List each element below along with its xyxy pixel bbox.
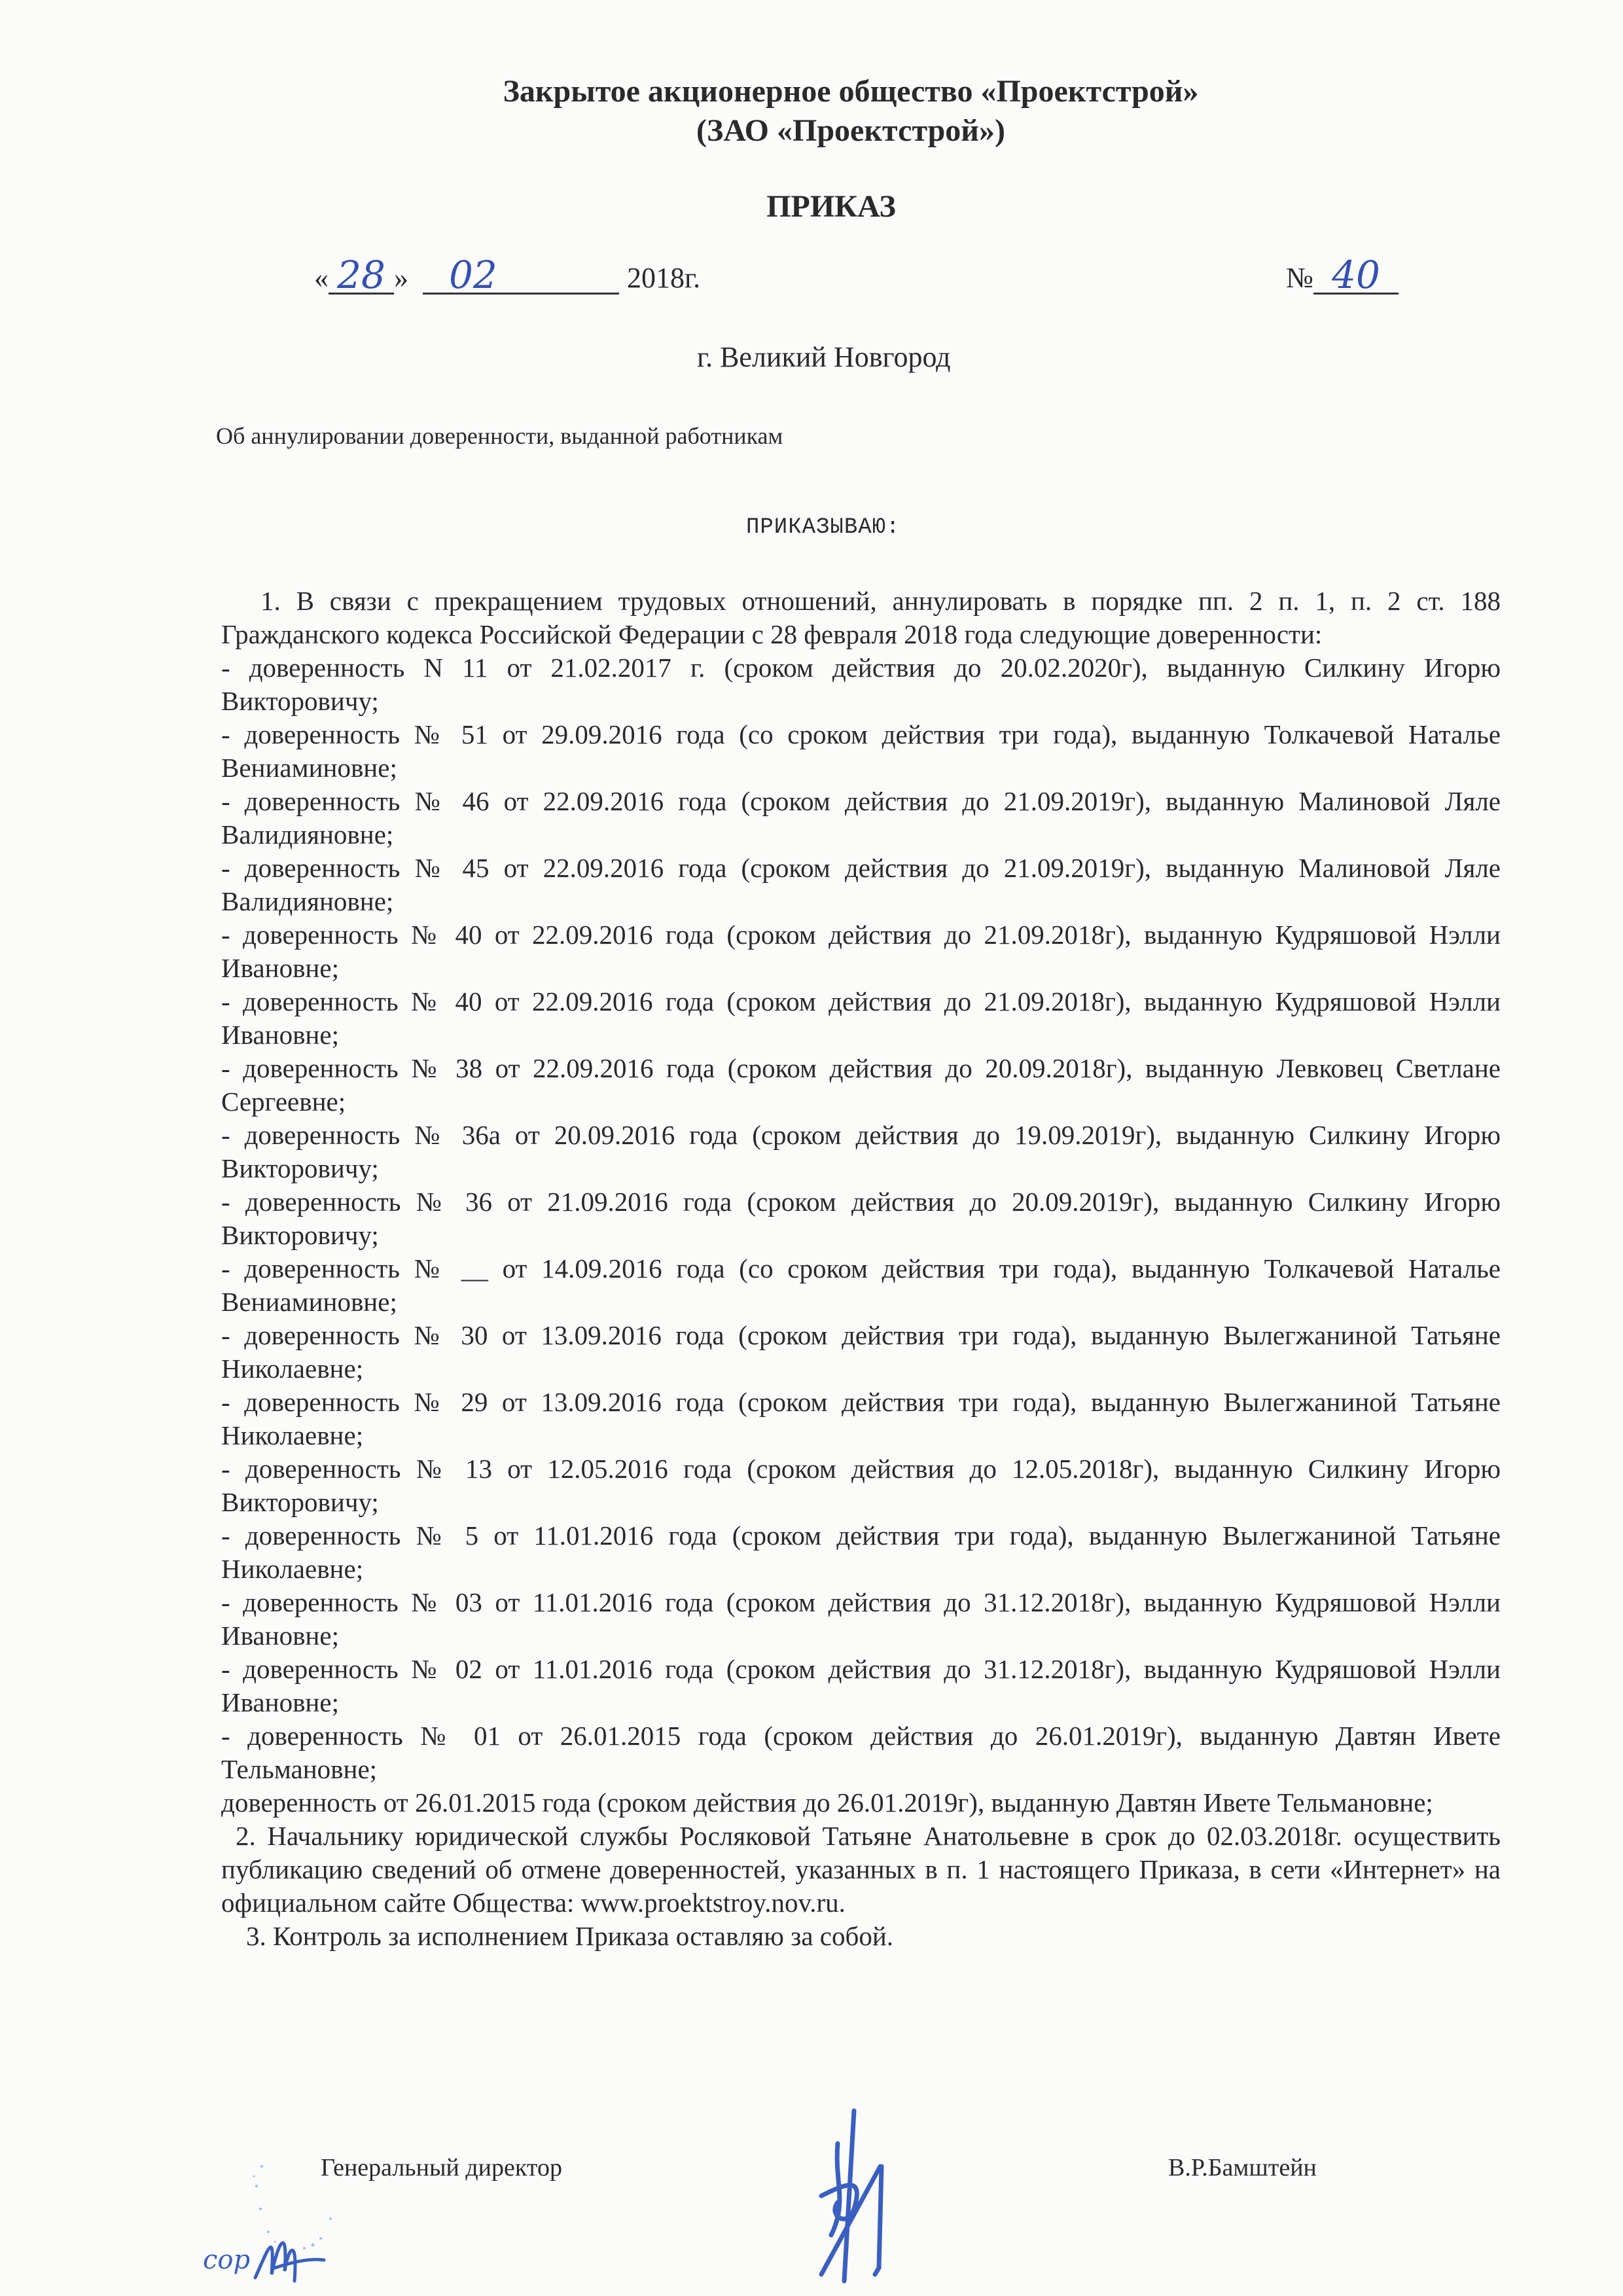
power-of-attorney-item: - доверенность № 13 от 12.05.2016 года (… [221,1452,1501,1519]
power-of-attorney-item: - доверенность № 03 от 11.01.2016 года (… [221,1586,1501,1653]
signatory-title: Генеральный директор [321,2153,562,2182]
power-of-attorney-item: - доверенность № 38 от 22.09.2016 года (… [221,1052,1501,1119]
power-of-attorney-item: - доверенность № __ от 14.09.2016 года (… [221,1252,1501,1319]
organization-full-name: Закрытое акционерное общество «Проектстр… [39,73,1623,109]
document-type-title: ПРИКАЗ [20,188,1623,224]
open-quote: « [314,262,329,294]
approval-note: сор [203,2245,250,2275]
order-body: 1. В связи с прекращением трудовых отнош… [221,584,1501,1953]
power-of-attorney-item: - доверенность № 02 от 11.01.2016 года (… [221,1653,1501,1719]
point-1-intro: 1. В связи с прекращением трудовых отнош… [221,584,1501,651]
power-of-attorney-item: - доверенность № 51 от 29.09.2016 года (… [221,718,1501,785]
order-number: №40 [1286,259,1399,295]
decree-word: ПРИКАЗЫВАЮ: [746,515,900,540]
document-page: Закрытое акционерное общество «Проектстр… [0,0,1623,2296]
signatory-name: В.Р.Бамштейн [1168,2153,1317,2182]
power-of-attorney-item: - доверенность № 46 от 22.09.2016 года (… [221,785,1501,852]
power-of-attorney-item: - доверенность № 36 от 21.09.2016 года (… [221,1185,1501,1252]
day-handwritten: 28 [329,256,394,294]
order-subject: Об аннулировании доверенности, выданной … [216,422,783,450]
power-of-attorney-item: - доверенность № 01 от 26.01.2015 года (… [221,1719,1501,1786]
power-of-attorney-item: - доверенность № 40 от 22.09.2016 года (… [221,918,1501,985]
number-handwritten: 40 [1313,256,1399,294]
year-text: 2018г. [627,262,700,294]
power-of-attorney-item: - доверенность N 11 от 21.02.2017 г. (ср… [221,651,1501,718]
power-of-attorney-item: - доверенность № 5 от 11.01.2016 года (с… [221,1519,1501,1586]
approval-initials-icon [249,2222,327,2287]
power-of-attorney-item: - доверенность № 45 от 22.09.2016 года (… [221,852,1501,918]
month-handwritten: 02 [423,256,619,294]
power-of-attorney-item: - доверенность № 40 от 22.09.2016 года (… [221,985,1501,1052]
city: г. Великий Новгород [697,340,951,374]
number-sign: № [1286,262,1313,294]
close-quote: » [394,262,408,294]
point-2: 2. Начальнику юридической службы Росляко… [221,1820,1501,1920]
order-date: «28»022018г. [314,259,700,295]
power-of-attorney-list: - доверенность N 11 от 21.02.2017 г. (ср… [221,651,1501,1820]
point-3: 3. Контроль за исполнением Приказа остав… [221,1920,1501,1953]
day-field: 28 [329,259,394,295]
month-field: 02 [423,259,619,295]
power-of-attorney-item: доверенность от 26.01.2015 года (сроком … [221,1786,1501,1820]
organization-short-name: (ЗАО «Проектстрой») [39,113,1623,149]
power-of-attorney-item: - доверенность № 29 от 13.09.2016 года (… [221,1386,1501,1452]
power-of-attorney-item: - доверенность № 30 от 13.09.2016 года (… [221,1319,1501,1386]
power-of-attorney-item: - доверенность № 36а от 20.09.2016 года … [221,1119,1501,1185]
number-field: 40 [1313,259,1399,295]
director-signature-icon [808,2104,906,2287]
